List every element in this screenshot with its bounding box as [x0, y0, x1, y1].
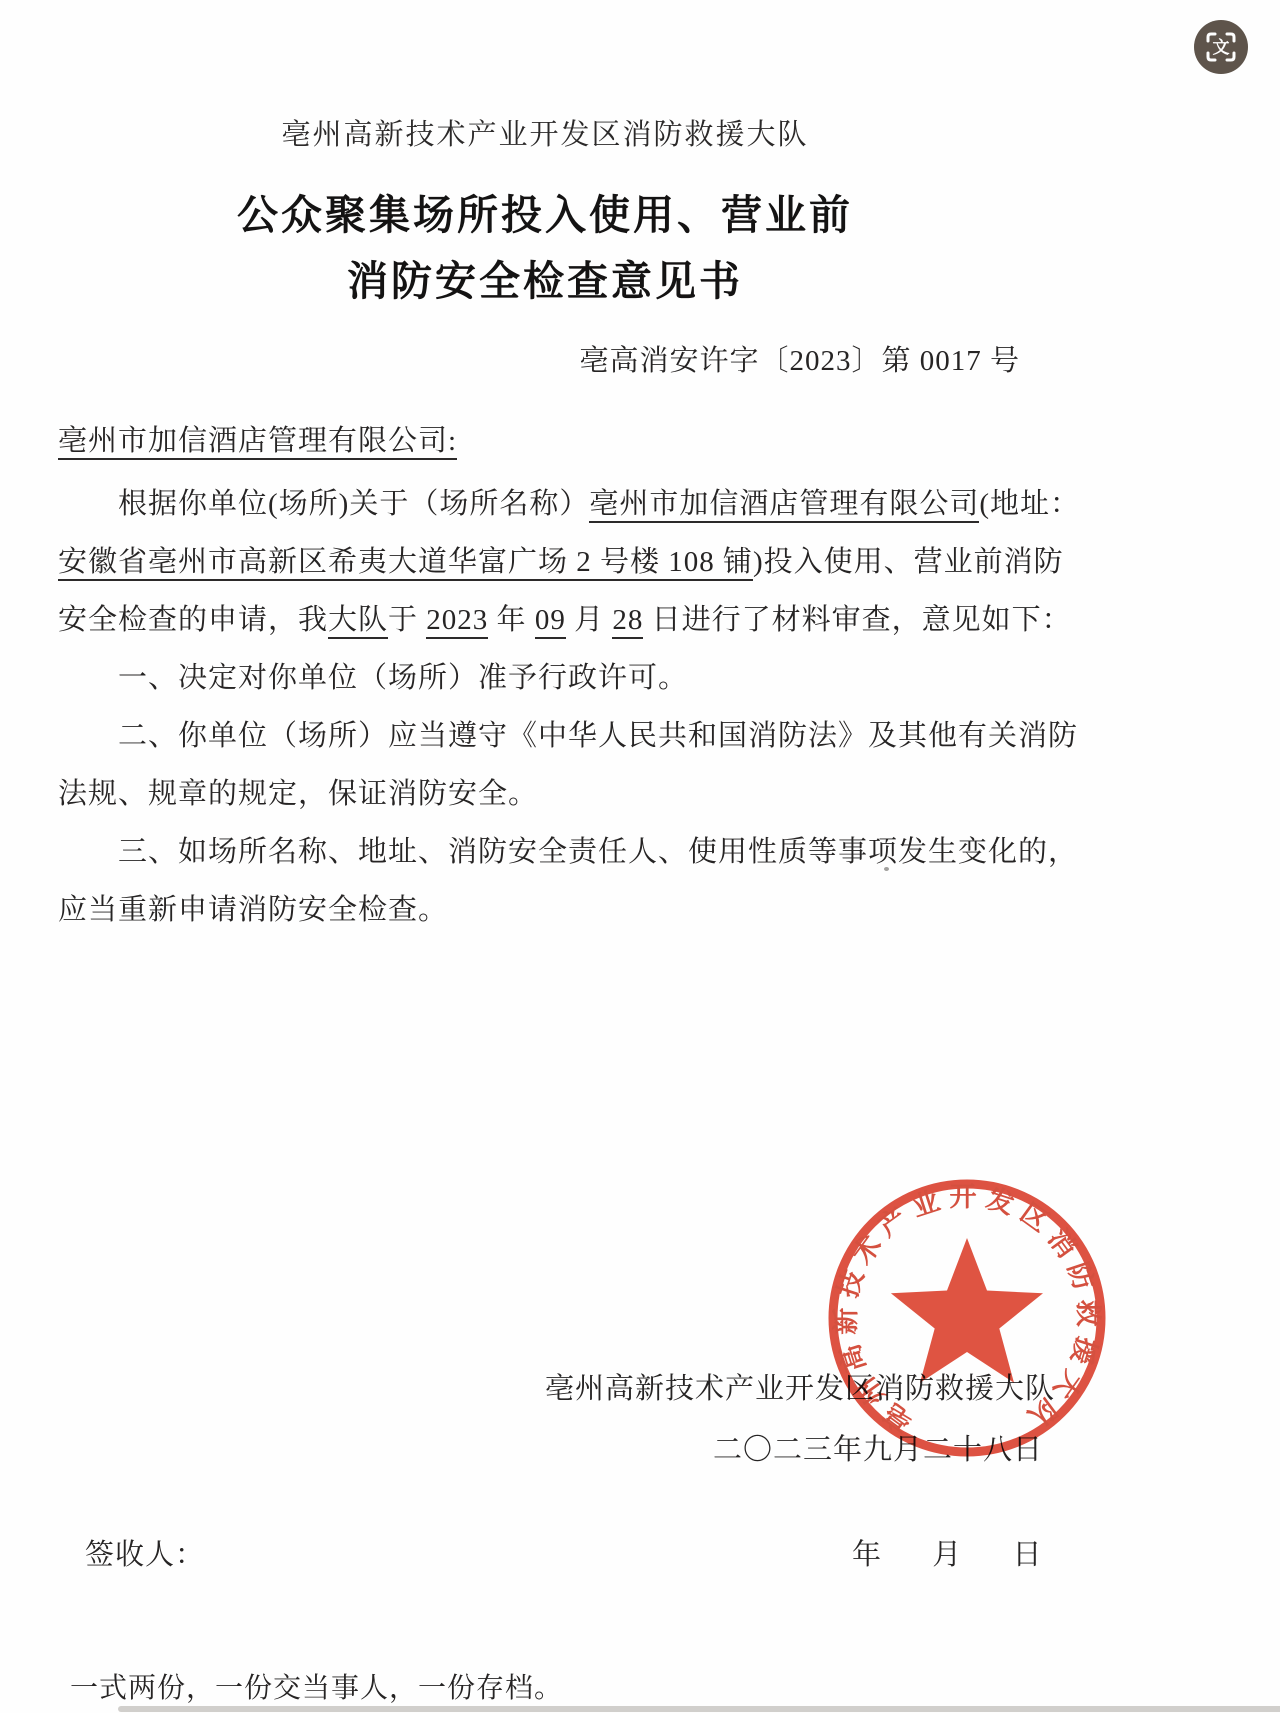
scan-speck [884, 867, 889, 871]
scan-translate-icon[interactable]: 文 [1194, 20, 1248, 74]
document-page: 文 亳州高新技术产业开发区消防救援大队 公众聚集场所投入使用、营业前 消防安全检… [0, 0, 1280, 1713]
body-text: (地址： [979, 488, 1080, 520]
body-line: 安徽省亳州市高新区希夷大道华富广场 2 号楼 108 铺)投入使用、营业前消防 [58, 533, 1043, 591]
official-seal: 亳州高新技术产业开发区消防救援大队 [817, 1168, 1117, 1468]
viewfinder-frame-icon: 文 [1204, 30, 1238, 64]
body-line: 根据你单位(场所)关于（场所名称）亳州市加信酒店管理有限公司(地址： [58, 475, 1043, 533]
signature-org: 亳州高新技术产业开发区消防救援大队 [545, 1366, 1055, 1407]
year-filled: 2023 [426, 604, 488, 639]
copies-note: 一式两份，一份交当事人，一份存档。 [70, 1666, 563, 1706]
body-text: 年 [488, 604, 535, 636]
opinion-item-1: 一、决定对你单位（场所）准予行政许可。 [58, 649, 1043, 707]
signature-date: 二〇二三年九月二十八日 [713, 1427, 1043, 1468]
receipt-day-label: 日 [1013, 1539, 1042, 1571]
body-text: 于 [388, 604, 426, 636]
seal-star-icon [891, 1238, 1043, 1383]
doc-title-line1: 公众聚集场所投入使用、营业前 [0, 182, 1090, 241]
doc-title-line2: 消防安全检查意见书 [0, 248, 1090, 307]
body-text: 日进行了材料审查，意见如下： [643, 604, 1071, 636]
receipt-date-blanks: 年 月 日 [852, 1532, 1042, 1573]
month-filled: 09 [535, 604, 566, 639]
issuing-org-header: 亳州高新技术产业开发区消防救援大队 [0, 112, 1090, 153]
scan-icon-glyph: 文 [1213, 37, 1230, 57]
opinion-item-3-line1: 三、如场所名称、地址、消防安全责任人、使用性质等事项发生变化的， [58, 823, 1043, 881]
body-text: )投入使用、营业前消防 [753, 546, 1064, 578]
receipt-month-label: 月 [932, 1539, 961, 1571]
body-line: 安全检查的申请，我大队于 2023 年 09 月 28 日进行了材料审查，意见如… [58, 591, 1043, 649]
receipt-year-label: 年 [852, 1539, 881, 1571]
document-body: 亳州市加信酒店管理有限公司: 根据你单位(场所)关于（场所名称）亳州市加信酒店管… [58, 412, 1043, 939]
doc-number: 亳高消安许字〔2023〕第 0017 号 [0, 338, 1020, 379]
body-text: 月 [566, 604, 613, 636]
day-filled: 28 [612, 604, 643, 639]
opinion-item-2-line1: 二、你单位（场所）应当遵守《中华人民共和国消防法》及其他有关消防 [58, 707, 1043, 765]
body-text: 根据你单位(场所)关于（场所名称） [118, 488, 589, 520]
seal-ring [833, 1184, 1101, 1452]
opinion-item-2-line2: 法规、规章的规定，保证消防安全。 [58, 765, 1043, 823]
brigade-filled: 大队 [328, 604, 388, 639]
addressee: 亳州市加信酒店管理有限公司: [58, 425, 457, 460]
body-text: 安全检查的申请，我 [58, 604, 328, 636]
addressee-line: 亳州市加信酒店管理有限公司: [58, 412, 1043, 470]
opinion-item-3-line2: 应当重新申请消防安全检查。 [58, 881, 1043, 939]
scan-edge-artifact [118, 1706, 1280, 1712]
venue-address-filled: 安徽省亳州市高新区希夷大道华富广场 2 号楼 108 铺 [58, 546, 753, 581]
venue-name-filled: 亳州市加信酒店管理有限公司 [589, 488, 979, 523]
receipt-signer-label: 签收人： [85, 1532, 205, 1573]
